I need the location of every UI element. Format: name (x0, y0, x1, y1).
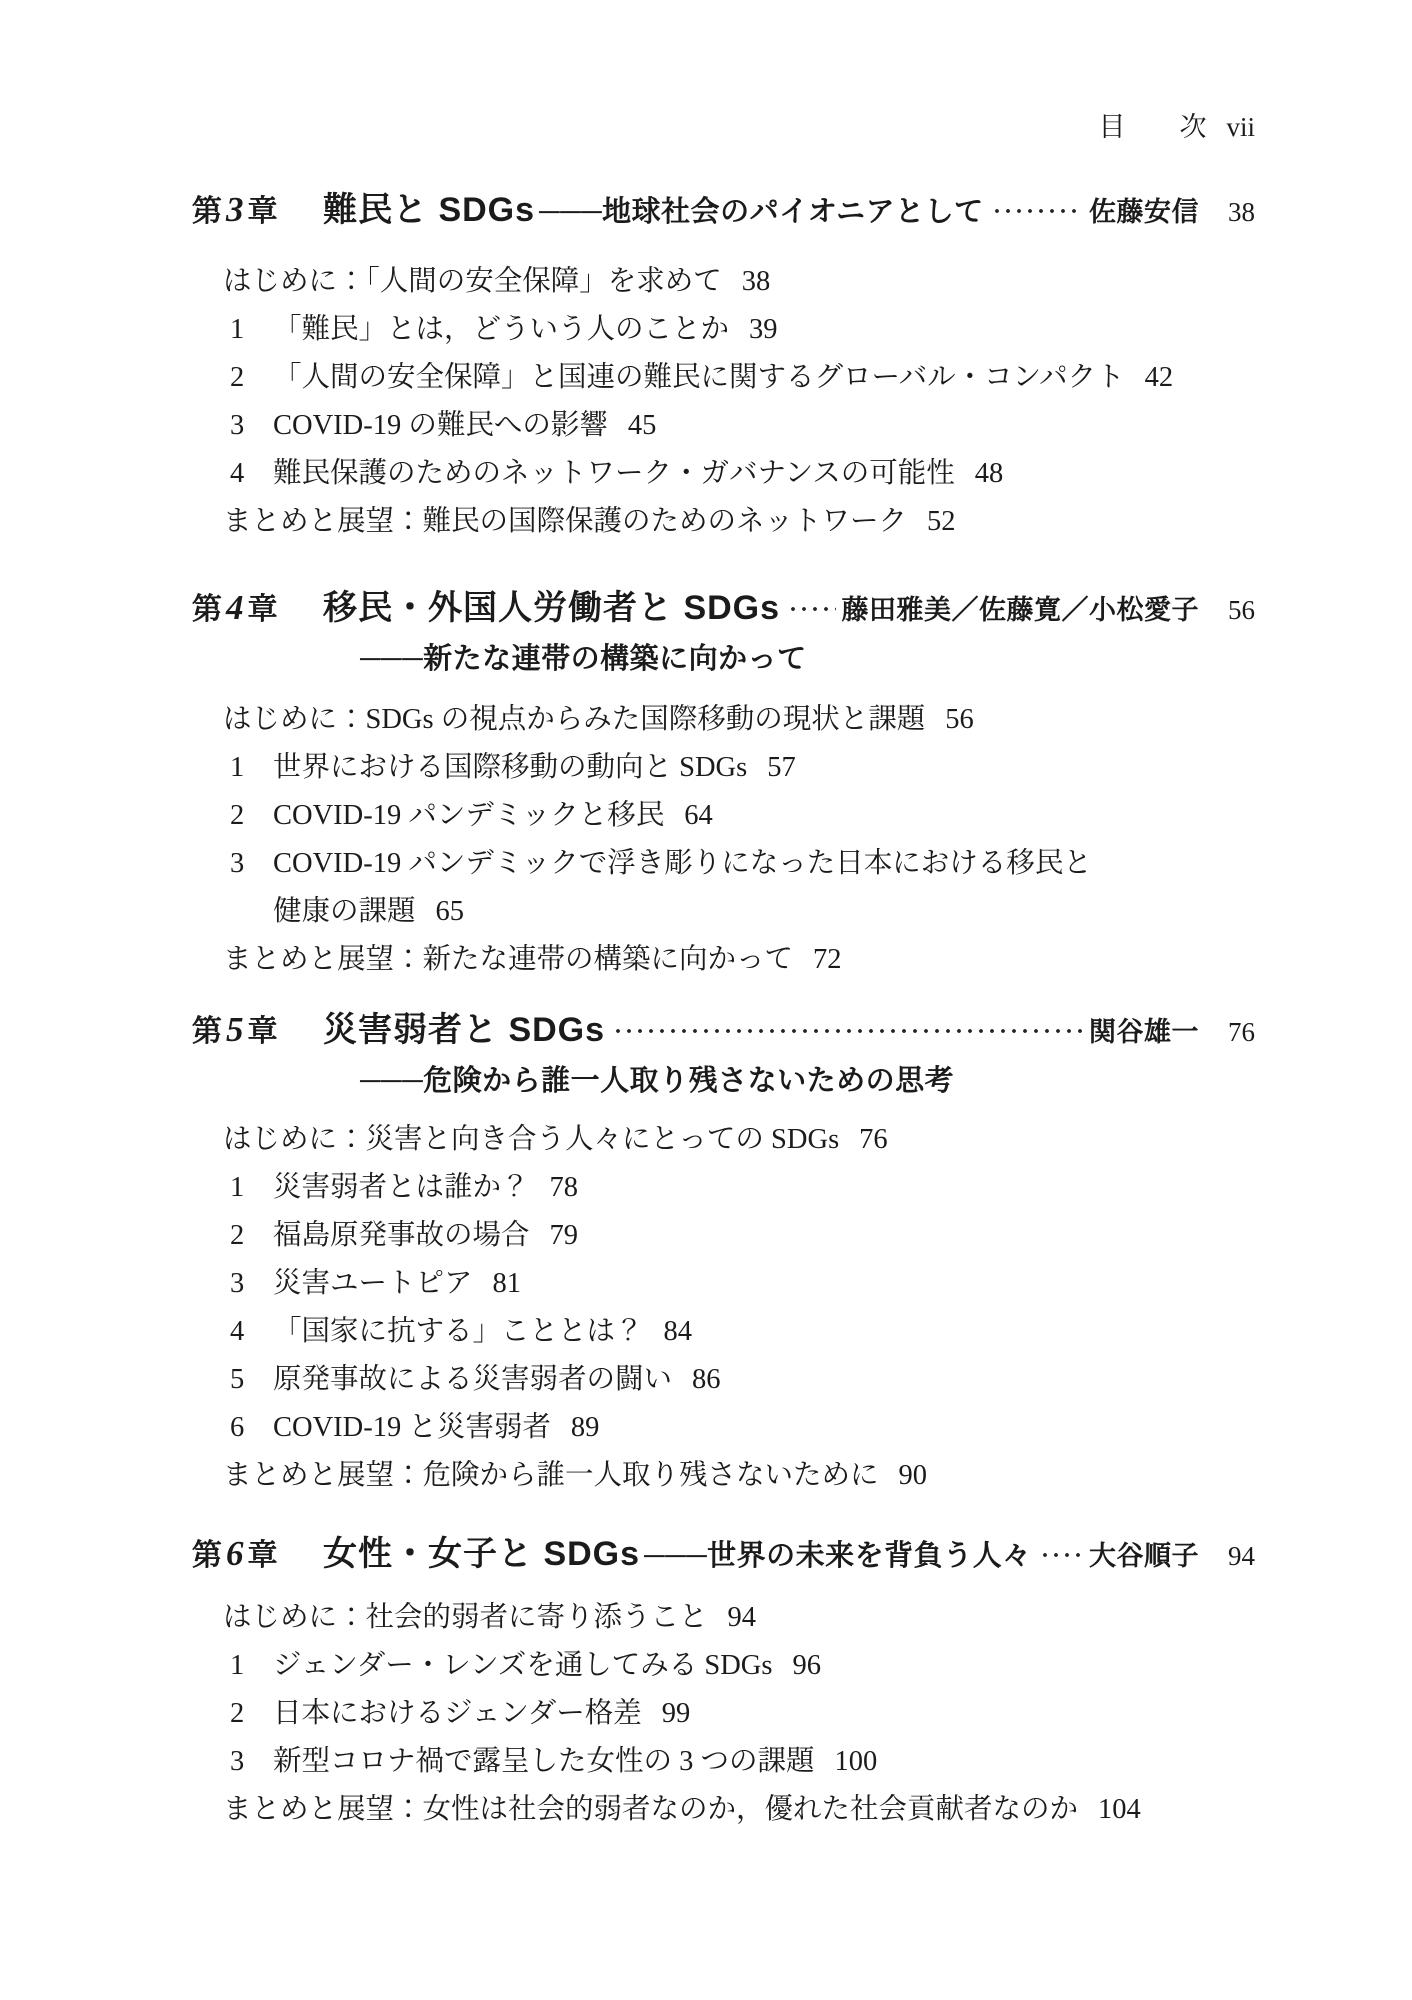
entry-page-number: 48 (975, 450, 1004, 498)
chapter-number: 第6章 (192, 1532, 323, 1578)
chapter-3-entries: はじめに：「人間の安全保障」を求めて38 1「難民」とは，どういう人のことか39… (192, 258, 1255, 546)
toc-entry: 3新型コロナ禍で露呈した女性の 3 つの課題100 (230, 1738, 1255, 1786)
toc-entry: まとめと展望：新たな連帯の構築に向かって72 (223, 936, 1255, 984)
chapter-authors: 藤田雅美／佐藤寛／小松愛子 (842, 588, 1200, 632)
entry-page-number: 84 (664, 1308, 693, 1356)
chapter-subtitle: ───新たな連帯の構築に向かって (360, 638, 1255, 680)
chapter-authors: 関谷雄一 (1089, 1010, 1199, 1054)
chapter-page-number: 94 (1211, 1534, 1255, 1578)
entry-label: はじめに：SDGs の視点からみた国際移動の現状と課題 (223, 696, 925, 744)
entry-page-number: 99 (662, 1690, 691, 1738)
toc-entry: 1世界における国際移動の動向と SDGs57 (230, 744, 1255, 792)
toc-page: 目次vii 第3章 難民と SDGs ───地球社会のパイオニアとして 佐藤安信… (0, 0, 1412, 2000)
entry-label: ジェンダー・レンズを通してみる SDGs (273, 1642, 772, 1690)
entry-label: まとめと展望：新たな連帯の構築に向かって (223, 936, 793, 984)
entry-page-number: 57 (767, 744, 796, 792)
entry-label: 世界における国際移動の動向と SDGs (273, 744, 747, 792)
page-header-title-left: 目 (1098, 112, 1125, 142)
toc-entry: はじめに：SDGs の視点からみた国際移動の現状と課題56 (223, 696, 1255, 744)
toc-entry: 3COVID-19 パンデミックで浮き彫りになった日本における移民と (230, 840, 1255, 888)
toc-entry: 2福島原発事故の場合79 (230, 1212, 1255, 1260)
toc-entry: 2日本におけるジェンダー格差99 (230, 1690, 1255, 1738)
entry-number: 3 (230, 402, 273, 450)
entry-label: COVID-19 と災害弱者 (273, 1404, 551, 1452)
entry-label: 新型コロナ禍で露呈した女性の 3 つの課題 (273, 1738, 815, 1786)
entry-label: まとめと展望：危険から誰一人取り残さないために (223, 1452, 879, 1500)
chapter-subtitle: ───地球社会のパイオニアとして (539, 190, 984, 234)
toc-entry: 2「人間の安全保障」と国連の難民に関するグローバル・コンパクト42 (230, 354, 1255, 402)
entry-page-number: 38 (742, 258, 771, 306)
entry-label: 原発事故による災害弱者の闘い (273, 1356, 672, 1404)
toc-entry: まとめと展望：危険から誰一人取り残さないために90 (223, 1452, 1255, 1500)
chapter-number-digit: 3 (223, 190, 248, 229)
entry-label: 健康の課題 (273, 888, 416, 936)
entry-label: 災害ユートピア (273, 1260, 473, 1308)
entry-page-number: 56 (945, 696, 974, 744)
entry-page-number: 90 (899, 1452, 928, 1500)
entry-label: COVID-19 の難民への影響 (273, 402, 608, 450)
chapter-6-entries: はじめに：社会的弱者に寄り添うこと94 1ジェンダー・レンズを通してみる SDG… (192, 1594, 1255, 1834)
chapter-number-prefix: 第 (192, 593, 223, 626)
entry-label: 日本におけるジェンダー格差 (273, 1690, 642, 1738)
toc-entry: はじめに：「人間の安全保障」を求めて38 (223, 258, 1255, 306)
entry-number: 3 (230, 1260, 273, 1308)
entry-number: 1 (230, 1642, 273, 1690)
toc-entry: 4「国家に抗する」こととは？84 (230, 1308, 1255, 1356)
toc-entry: 3災害ユートピア81 (230, 1260, 1255, 1308)
dot-leader (1042, 1552, 1083, 1558)
dot-leader (790, 606, 835, 612)
chapter-page-number: 56 (1211, 588, 1255, 632)
entry-number: 3 (230, 840, 273, 888)
entry-label: 「国家に抗する」こととは？ (273, 1308, 644, 1356)
toc-entry: 5原発事故による災害弱者の闘い86 (230, 1356, 1255, 1404)
dot-leader (994, 208, 1083, 214)
entry-number: 5 (230, 1356, 273, 1404)
entry-page-number: 78 (550, 1164, 579, 1212)
chapter-title: 女性・女子と SDGs (323, 1532, 640, 1576)
entry-label: まとめと展望：難民の国際保護のためのネットワーク (223, 498, 907, 546)
chapter-number-digit: 5 (223, 1010, 248, 1049)
chapter-number-prefix: 第 (192, 1539, 223, 1572)
chapter-number-digit: 6 (223, 1534, 248, 1573)
chapter-4-entries: はじめに：SDGs の視点からみた国際移動の現状と課題56 1世界における国際移… (192, 696, 1255, 984)
entry-number: 1 (230, 306, 273, 354)
chapter-3-heading: 第3章 難民と SDGs ───地球社会のパイオニアとして 佐藤安信 38 (192, 188, 1255, 234)
chapter-title: 移民・外国人労働者と SDGs (323, 586, 780, 630)
entry-page-number: 42 (1145, 354, 1174, 402)
entry-number: 4 (230, 1308, 273, 1356)
chapter-subtitle: ───危険から誰一人取り残さないための思考 (360, 1060, 1255, 1102)
toc-entry: まとめと展望：女性は社会的弱者なのか，優れた社会貢献者なのか104 (223, 1786, 1255, 1834)
chapter-number-prefix: 第 (192, 1015, 223, 1048)
entry-page-number: 100 (835, 1738, 878, 1786)
chapter-4-block: 第4章 移民・外国人労働者と SDGs 藤田雅美／佐藤寛／小松愛子 56 ───… (192, 586, 1255, 984)
toc-entry: はじめに：社会的弱者に寄り添うこと94 (223, 1594, 1255, 1642)
chapter-subtitle: ───世界の未来を背負う人々 (644, 1534, 1032, 1578)
chapter-number-digit: 4 (223, 588, 248, 627)
entry-number: 2 (230, 1212, 273, 1260)
toc-entry: 4難民保護のためのネットワーク・ガバナンスの可能性48 (230, 450, 1255, 498)
toc-entry-continuation: 健康の課題65 (273, 888, 1255, 936)
chapter-5-entries: はじめに：災害と向き合う人々にとっての SDGs76 1災害弱者とは誰か？78 … (192, 1116, 1255, 1500)
entry-number: 1 (230, 744, 273, 792)
entry-number: 2 (230, 354, 273, 402)
chapter-6-heading: 第6章 女性・女子と SDGs ───世界の未来を背負う人々 大谷順子 94 (192, 1532, 1255, 1578)
entry-page-number: 76 (859, 1116, 888, 1164)
entry-page-number: 89 (571, 1404, 600, 1452)
toc-entry: 1ジェンダー・レンズを通してみる SDGs96 (230, 1642, 1255, 1690)
entry-label: はじめに：「人間の安全保障」を求めて (223, 258, 722, 306)
chapter-page-number: 38 (1211, 190, 1255, 234)
entry-page-number: 72 (813, 936, 842, 984)
entry-number: 4 (230, 450, 273, 498)
entry-label: はじめに：社会的弱者に寄り添うこと (223, 1594, 708, 1642)
entry-page-number: 81 (493, 1260, 522, 1308)
entry-label: 災害弱者とは誰か？ (273, 1164, 530, 1212)
entry-page-number: 64 (684, 792, 713, 840)
entry-page-number: 96 (792, 1642, 821, 1690)
toc-entry: 1「難民」とは，どういう人のことか39 (230, 306, 1255, 354)
dot-leader (615, 1028, 1083, 1034)
chapter-5-block: 第5章 災害弱者と SDGs 関谷雄一 76 ───危険から誰一人取り残さないた… (192, 1008, 1255, 1500)
toc-entry: 2COVID-19 パンデミックと移民64 (230, 792, 1255, 840)
chapter-5-heading: 第5章 災害弱者と SDGs 関谷雄一 76 (192, 1008, 1255, 1054)
entry-label: 福島原発事故の場合 (273, 1212, 530, 1260)
chapter-number-suffix: 章 (248, 1015, 279, 1048)
entry-page-number: 65 (436, 888, 465, 936)
entry-number: 6 (230, 1404, 273, 1452)
entry-page-number: 104 (1098, 1786, 1141, 1834)
chapter-page-number: 76 (1211, 1010, 1255, 1054)
entry-page-number: 86 (692, 1356, 721, 1404)
chapter-4-heading: 第4章 移民・外国人労働者と SDGs 藤田雅美／佐藤寛／小松愛子 56 (192, 586, 1255, 632)
page-folio: vii (1226, 112, 1255, 142)
chapter-number-prefix: 第 (192, 195, 223, 228)
chapter-6-block: 第6章 女性・女子と SDGs ───世界の未来を背負う人々 大谷順子 94 は… (192, 1532, 1255, 1834)
entry-label: はじめに：災害と向き合う人々にとっての SDGs (223, 1116, 839, 1164)
page-header: 目次vii (192, 112, 1255, 142)
chapter-authors: 佐藤安信 (1089, 190, 1199, 234)
chapter-title: 災害弱者と SDGs (323, 1008, 605, 1052)
entry-page-number: 45 (628, 402, 657, 450)
chapter-authors: 大谷順子 (1089, 1534, 1199, 1578)
chapter-title: 難民と SDGs (323, 188, 535, 232)
toc-entry: まとめと展望：難民の国際保護のためのネットワーク52 (223, 498, 1255, 546)
chapter-number: 第3章 (192, 188, 323, 234)
entry-label: 難民保護のためのネットワーク・ガバナンスの可能性 (273, 450, 955, 498)
page-header-title-right: 次 (1179, 112, 1206, 142)
entry-number: 1 (230, 1164, 273, 1212)
toc-entry: 3COVID-19 の難民への影響45 (230, 402, 1255, 450)
entry-number: 2 (230, 792, 273, 840)
entry-number: 2 (230, 1690, 273, 1738)
entry-page-number: 79 (550, 1212, 579, 1260)
toc-entry: 1災害弱者とは誰か？78 (230, 1164, 1255, 1212)
chapter-number: 第5章 (192, 1008, 323, 1054)
toc-entry: 6COVID-19 と災害弱者89 (230, 1404, 1255, 1452)
chapter-number-suffix: 章 (248, 593, 279, 626)
entry-number: 3 (230, 1738, 273, 1786)
entry-label: COVID-19 パンデミックと移民 (273, 792, 664, 840)
chapter-number: 第4章 (192, 586, 323, 632)
toc-entry: はじめに：災害と向き合う人々にとっての SDGs76 (223, 1116, 1255, 1164)
entry-label: COVID-19 パンデミックで浮き彫りになった日本における移民と (273, 840, 1092, 888)
entry-page-number: 39 (749, 306, 778, 354)
chapter-number-suffix: 章 (248, 195, 279, 228)
entry-page-number: 94 (728, 1594, 757, 1642)
entry-label: まとめと展望：女性は社会的弱者なのか，優れた社会貢献者なのか (223, 1786, 1078, 1834)
entry-label: 「難民」とは，どういう人のことか (273, 306, 729, 354)
chapter-3-block: 第3章 難民と SDGs ───地球社会のパイオニアとして 佐藤安信 38 はじ… (192, 188, 1255, 546)
toc-content: 目次vii 第3章 難民と SDGs ───地球社会のパイオニアとして 佐藤安信… (0, 0, 1412, 1834)
entry-page-number: 52 (927, 498, 956, 546)
chapter-number-suffix: 章 (248, 1539, 279, 1572)
entry-label: 「人間の安全保障」と国連の難民に関するグローバル・コンパクト (273, 354, 1125, 402)
